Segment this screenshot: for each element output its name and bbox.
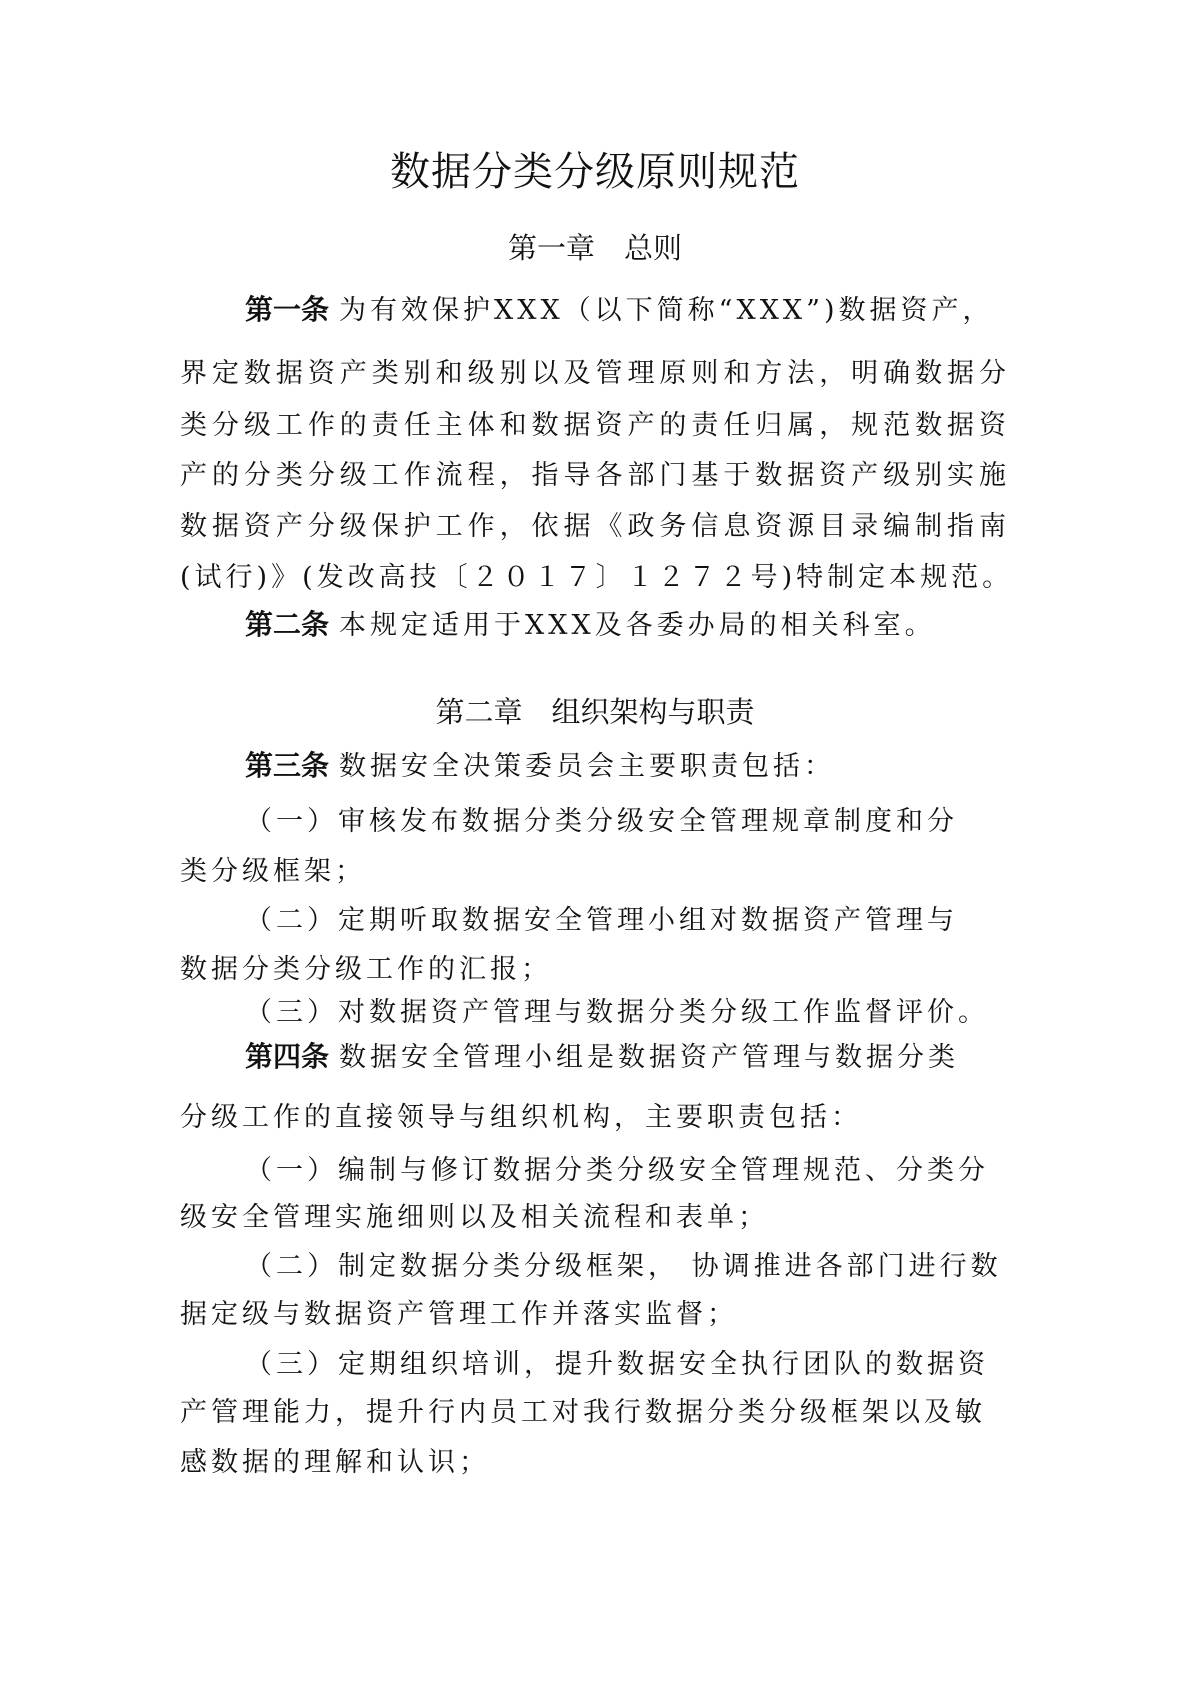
- article-4-line-0: 数据安全管理小组是数据资产管理与数据分类: [339, 1042, 959, 1073]
- article-1-line-2: 类分级工作的责任主体和数据资产的责任归属，规范数据资: [180, 403, 1010, 442]
- article-1-line-1: 界定数据资产类别和级别以及管理原则和方法，明确数据分: [180, 351, 1010, 390]
- article-1-line-5: (试行)》(发改高技〔２０１７〕１２７２号)特制定本规范。: [180, 555, 1020, 594]
- article-4-item-3-line-0: （三）定期组织培训，提升数据安全执行团队的数据资: [245, 1342, 1085, 1381]
- article-1-line-4: 数据资产分级保护工作，依据《政务信息资源目录编制指南: [180, 504, 1010, 543]
- article-3-item-2-line-1: 数据分类分级工作的汇报；: [180, 947, 1020, 986]
- chapter-1-heading: 第一章 总则: [0, 226, 1190, 267]
- article-3-item-3-line-0: （三）对数据资产管理与数据分类分级工作监督评价。: [245, 990, 1085, 1029]
- chapter-2-heading: 第二章 组织架构与职责: [0, 690, 1190, 731]
- article-4-item-3-line-2: 感数据的理解和认识；: [180, 1440, 1020, 1479]
- article-3: 第三条数据安全决策委员会主要职责包括：: [245, 744, 1085, 784]
- article-1: 第一条为有效保护XXX（以下简称“XXX”)数据资产，: [245, 288, 1085, 328]
- document-title: 数据分类分级原则规范: [0, 140, 1190, 197]
- article-3-line-0: 数据安全决策委员会主要职责包括：: [339, 751, 835, 782]
- article-2-label: 第二条: [245, 608, 329, 641]
- article-3-item-1-line-0: （一）审核发布数据分类分级安全管理规章制度和分: [245, 799, 1085, 838]
- article-2-line-0: 本规定适用于XXX及各委办局的相关科室。: [339, 610, 936, 641]
- article-3-label: 第三条: [245, 749, 329, 782]
- article-3-item-2-line-0: （二）定期听取数据安全管理小组对数据资产管理与: [245, 898, 1085, 937]
- article-4-item-1-line-1: 级安全管理实施细则以及相关流程和表单；: [180, 1195, 1020, 1234]
- article-4-line-1: 分级工作的直接领导与组织机构，主要职责包括：: [180, 1095, 1020, 1134]
- article-3-item-1-line-1: 类分级框架；: [180, 849, 1020, 888]
- article-4-item-2-line-0: （二）制定数据分类分级框架， 协调推进各部门进行数: [245, 1244, 1085, 1283]
- article-1-line-0: 为有效保护XXX（以下简称“XXX”)数据资产，: [339, 295, 993, 326]
- article-2: 第二条本规定适用于XXX及各委办局的相关科室。: [245, 603, 1085, 643]
- article-1-label: 第一条: [245, 293, 329, 326]
- article-1-line-3: 产的分类分级工作流程，指导各部门基于数据资产级别实施: [180, 453, 1010, 492]
- article-4-item-3-line-1: 产管理能力，提升行内员工对我行数据分类分级框架以及敏: [180, 1390, 1020, 1429]
- article-4-item-1-line-0: （一）编制与修订数据分类分级安全管理规范、分类分: [245, 1148, 1085, 1187]
- article-4-item-2-line-1: 据定级与数据资产管理工作并落实监督；: [180, 1292, 1020, 1331]
- article-4: 第四条数据安全管理小组是数据资产管理与数据分类: [245, 1035, 1085, 1075]
- document-page: 数据分类分级原则规范 第一章 总则 第一条为有效保护XXX（以下简称“XXX”)…: [0, 0, 1190, 1683]
- article-4-label: 第四条: [245, 1040, 329, 1073]
